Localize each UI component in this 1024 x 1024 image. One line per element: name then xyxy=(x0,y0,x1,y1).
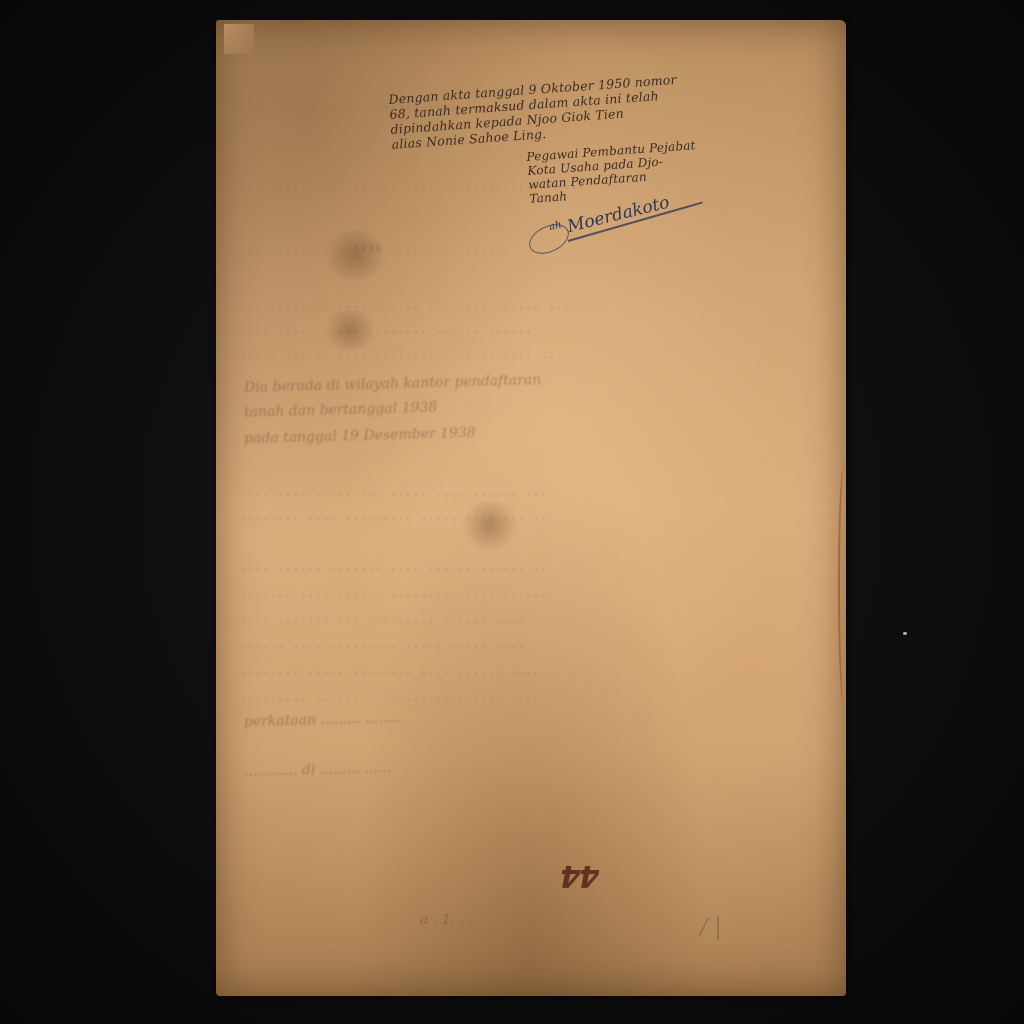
faded-bottom-mark: a . 1. . . xyxy=(420,912,473,928)
paper-stain xyxy=(460,500,520,550)
faded-typed-line: ......... ...... .... ........ .... .... xyxy=(240,692,660,703)
binding-thread xyxy=(838,465,850,705)
faded-typed-line: ....... .... ...... ........ ..... .....… xyxy=(240,588,660,599)
faded-typed-line: ........ ..... ........ .... ...... .... xyxy=(240,666,660,677)
faded-typed-line: .... ....... ... ......... ...... .... xyxy=(240,614,660,625)
dust-speck xyxy=(903,632,907,635)
faded-typed-line: ......... .... 1938 .... .... ...... xyxy=(240,244,660,255)
faded-typed-line: ............ ...... .... ........ ......… xyxy=(240,300,660,311)
faded-typed-line: ...... .... ......... ..... ..... .... xyxy=(240,640,660,651)
signature-prefix: ah xyxy=(548,219,563,233)
faded-typed-line: ..... ...... .... ........ .... ....... … xyxy=(240,350,660,361)
faded-typed-line: .... ...... ....... .... ...... ...... .… xyxy=(240,562,660,573)
faded-typed-line: .... ...... .... ........ ...... ...... xyxy=(240,325,660,336)
paper-stain xyxy=(320,230,390,280)
page-number: 44 xyxy=(559,858,603,893)
faded-bottom-mark: / | xyxy=(700,915,722,940)
faded-typed-line: .... .......... ... ..... .... ...... ..… xyxy=(240,488,660,499)
faded-typed-line: ........ .... ......... ..... .... ... .… xyxy=(240,512,660,523)
